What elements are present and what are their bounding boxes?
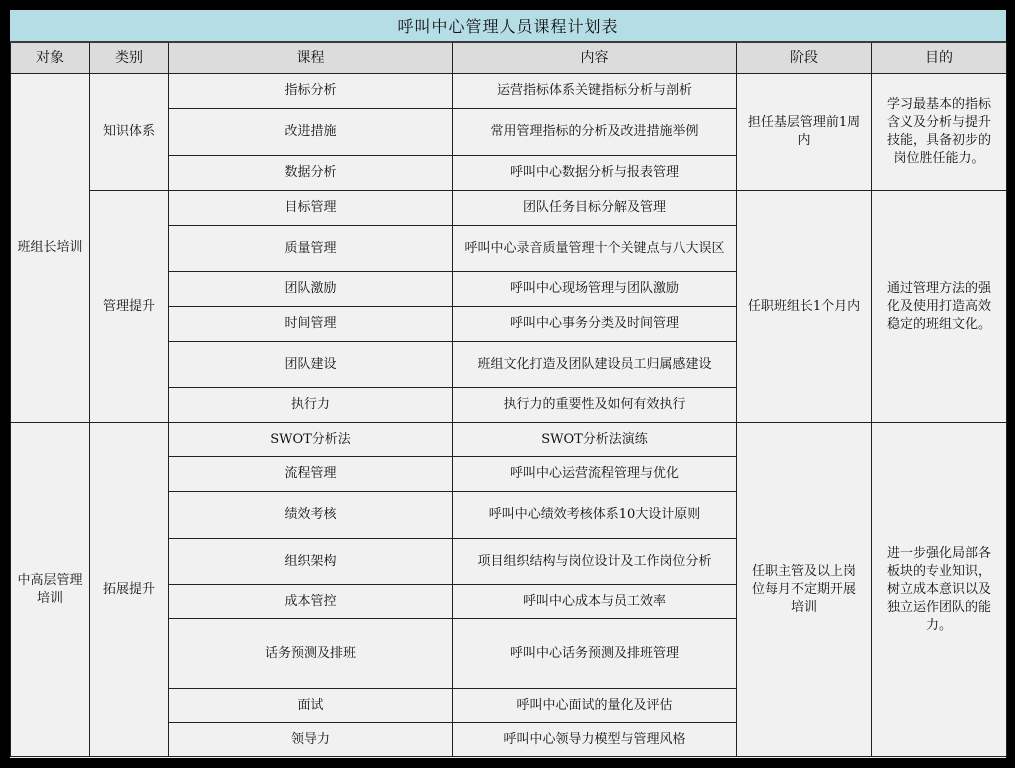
target-cell: 班组长培训 [11, 74, 90, 423]
content-cell: 班组文化打造及团队建设员工归属感建设 [453, 342, 737, 388]
course-cell: 领导力 [169, 723, 453, 757]
content-cell: 呼叫中心话务预测及排班管理 [453, 619, 737, 689]
content-cell: 呼叫中心面试的量化及评估 [453, 689, 737, 723]
course-cell: 改进措施 [169, 109, 453, 156]
header-content: 内容 [453, 43, 737, 74]
content-cell: 呼叫中心领导力模型与管理风格 [453, 723, 737, 757]
course-cell: 绩效考核 [169, 492, 453, 539]
target-cell: 中高层管理培训 [11, 423, 90, 757]
purpose-cell: 进一步强化局部各板块的专业知识，树立成本意识以及独立运作团队的能力。 [872, 423, 1007, 757]
course-plan-sheet: 呼叫中心管理人员课程计划表 对象 类别 课程 内容 阶段 目的 班组长培训 知识… [10, 10, 1006, 758]
header-course: 课程 [169, 43, 453, 74]
header-category: 类别 [90, 43, 169, 74]
category-cell: 拓展提升 [90, 423, 169, 757]
purpose-cell: 通过管理方法的强化及使用打造高效稳定的班组文化。 [872, 191, 1007, 423]
content-cell: 团队任务目标分解及管理 [453, 191, 737, 226]
course-cell: 成本管控 [169, 585, 453, 619]
course-cell: 组织架构 [169, 539, 453, 585]
table-row: 管理提升 目标管理 团队任务目标分解及管理 任职班组长1个月内 通过管理方法的强… [11, 191, 1007, 226]
table-title: 呼叫中心管理人员课程计划表 [10, 10, 1006, 43]
content-cell: 项目组织结构与岗位设计及工作岗位分析 [453, 539, 737, 585]
category-cell: 知识体系 [90, 74, 169, 191]
course-cell: 质量管理 [169, 226, 453, 272]
course-cell: 面试 [169, 689, 453, 723]
header-row: 对象 类别 课程 内容 阶段 目的 [11, 43, 1007, 74]
stage-cell: 担任基层管理前1周内 [737, 74, 872, 191]
header-stage: 阶段 [737, 43, 872, 74]
content-cell: 运营指标体系关键指标分析与剖析 [453, 74, 737, 109]
content-cell: 呼叫中心现场管理与团队激励 [453, 272, 737, 307]
header-target: 对象 [11, 43, 90, 74]
stage-cell: 任职主管及以上岗位每月不定期开展培训 [737, 423, 872, 757]
content-cell: 呼叫中心成本与员工效率 [453, 585, 737, 619]
course-cell: 数据分析 [169, 156, 453, 191]
stage-cell: 任职班组长1个月内 [737, 191, 872, 423]
course-cell: SWOT分析法 [169, 423, 453, 457]
course-plan-table: 对象 类别 课程 内容 阶段 目的 班组长培训 知识体系 指标分析 运营指标体系… [10, 43, 1007, 757]
course-cell: 团队激励 [169, 272, 453, 307]
table-row: 班组长培训 知识体系 指标分析 运营指标体系关键指标分析与剖析 担任基层管理前1… [11, 74, 1007, 109]
content-cell: 呼叫中心数据分析与报表管理 [453, 156, 737, 191]
table-row: 中高层管理培训 拓展提升 SWOT分析法 SWOT分析法演练 任职主管及以上岗位… [11, 423, 1007, 457]
content-cell: 呼叫中心运营流程管理与优化 [453, 457, 737, 492]
content-cell: 呼叫中心绩效考核体系10大设计原则 [453, 492, 737, 539]
course-cell: 团队建设 [169, 342, 453, 388]
content-cell: 呼叫中心录音质量管理十个关键点与八大误区 [453, 226, 737, 272]
content-cell: 呼叫中心事务分类及时间管理 [453, 307, 737, 342]
course-cell: 指标分析 [169, 74, 453, 109]
content-cell: 执行力的重要性及如何有效执行 [453, 388, 737, 423]
course-cell: 时间管理 [169, 307, 453, 342]
course-cell: 流程管理 [169, 457, 453, 492]
purpose-cell: 学习最基本的指标含义及分析与提升技能，具备初步的岗位胜任能力。 [872, 74, 1007, 191]
course-cell: 执行力 [169, 388, 453, 423]
category-cell: 管理提升 [90, 191, 169, 423]
content-cell: 常用管理指标的分析及改进措施举例 [453, 109, 737, 156]
header-purpose: 目的 [872, 43, 1007, 74]
content-cell: SWOT分析法演练 [453, 423, 737, 457]
course-cell: 话务预测及排班 [169, 619, 453, 689]
course-cell: 目标管理 [169, 191, 453, 226]
